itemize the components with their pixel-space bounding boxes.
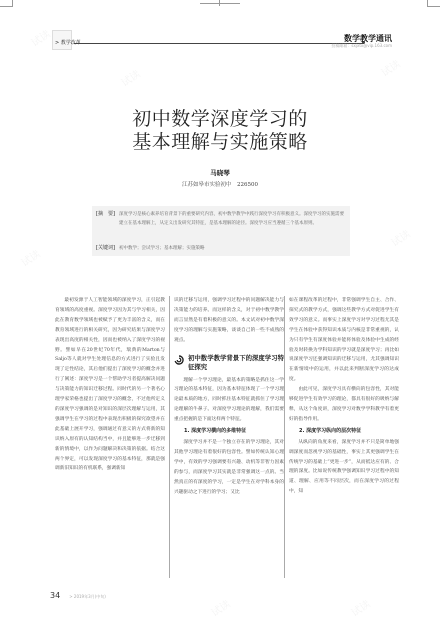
watermark: 试读 <box>118 66 143 90</box>
subsection-heading: 1. 深度学习横向的多维特征 <box>174 427 284 437</box>
paragraph: 理解一个学习理论，最基本的策略是抓住这一学习理论的基本特征，因为基本特征体现了一… <box>174 376 284 426</box>
crop-mark-top-left <box>0 0 13 7</box>
keywords-text: 初中数学；尝试学习；基本理解；实施策略 <box>119 244 344 253</box>
section-swirl-icon <box>174 355 184 365</box>
abstract-text: 深度学习是核心素养培育背景下的重要研究内容，初中数学教学中践行深度学习有积极意义… <box>119 210 344 228</box>
issue-date: > 2019年3月(中旬) <box>69 594 105 599</box>
watermark: 试读 <box>28 26 53 50</box>
paragraph: 识的迁移与运用，强调学习过程中的问题解决能力与决策能力的培养。而这样的含义，对于… <box>174 296 284 346</box>
keywords-label: [关键词] <box>96 244 120 251</box>
running-header: > 教学改革 数学教学通讯 投稿邮箱：sxjxtx@vip.163.com <box>52 30 392 50</box>
page-number: 34 <box>50 591 60 600</box>
article-title-line-1: 初中数学深度学习的 <box>100 108 340 130</box>
author-affiliation: 江苏如皋市实验初中 226500 <box>100 180 340 188</box>
article-title-line-2: 基本理解与实施策略 <box>100 131 340 153</box>
paragraph: 深度学习并不是一个独立存在的学习理论，其对其他学习理论有着很好的包容性。譬如传统… <box>174 438 284 497</box>
author-name: 马晓琴 <box>100 168 340 177</box>
column-divider <box>169 296 170 578</box>
submission-email: 投稿邮箱：sxjxtx@vip.163.com <box>331 43 392 49</box>
watermark: 试读 <box>18 246 43 270</box>
section-heading-text: 初中数学教学背景下的深度学习特征探究 <box>188 354 284 371</box>
watermark: 试读 <box>388 226 413 250</box>
crop-mark-top-right <box>427 0 440 7</box>
watermark: 试读 <box>348 596 373 620</box>
column-divider <box>284 296 285 578</box>
paragraph: 如在课程改革的过程中，非常强调学生自主、合作、探究式的教学方式，强调这些教学方式… <box>289 296 399 385</box>
watermark: 试读 <box>378 56 403 80</box>
paragraph: 从纵向的角度来看，深度学习并不只是简单地强调深度而忽视学习的基础性，事实上其更强… <box>289 438 399 497</box>
header-rule <box>74 43 364 44</box>
body-column-2: 识的迁移与运用，强调学习过程中的问题解决能力与决策能力的培养。而这样的含义，对于… <box>174 296 284 497</box>
watermark: 试读 <box>208 596 233 620</box>
body-column-1: 最初发源于人工智能领域的深度学习，正引起教育领域的高度重视。深度学习因为其与学习… <box>55 296 165 474</box>
abstract-box: [摘 要] 深度学习是核心素养培育背景下的重要研究内容，初中数学教学中践行深度学… <box>92 206 350 256</box>
paragraph: 最初发源于人工智能领域的深度学习，正引起教育领域的高度重视。深度学习因为其与学习… <box>55 296 165 474</box>
subsection-heading: 2. 深度学习纵向的层次特征 <box>289 427 399 437</box>
page-footer: 34 > 2019年3月(中旬) <box>50 583 106 602</box>
crop-mark-top-center <box>200 3 240 4</box>
crop-mark-top-center-vertical <box>219 0 220 6</box>
section-heading: 初中数学教学背景下的深度学习特征探究 <box>174 354 284 372</box>
paragraph: 由此可见，深度学习具有横向的包容性，其对能够促进学生有效学习的理论，都具有很好的… <box>289 385 399 425</box>
body-column-3: 如在课程改革的过程中，非常强调学生自主、合作、探究式的教学方式，强调这些教学方式… <box>289 296 399 497</box>
abstract-label: [摘 要] <box>96 210 120 217</box>
